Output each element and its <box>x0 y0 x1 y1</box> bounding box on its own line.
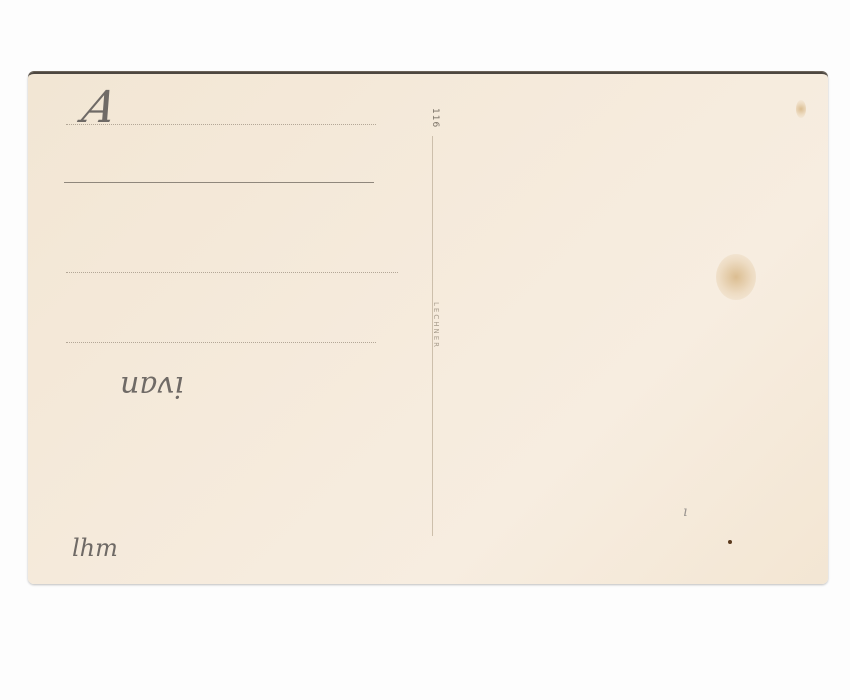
address-solid-line <box>64 182 374 183</box>
address-dotted-line-1 <box>66 124 376 125</box>
card-number: 116 <box>430 108 440 128</box>
address-dotted-line-2 <box>66 272 398 273</box>
small-stain <box>796 100 806 118</box>
handwritten-mark-bottom: lhm <box>72 534 118 562</box>
publisher-imprint: LECHNER <box>432 302 440 349</box>
handwritten-word: ivan <box>120 369 184 404</box>
postcard-back: 116 LECHNER A ivan lhm ı <box>28 72 828 584</box>
faint-pencil-mark: ı <box>683 504 687 520</box>
address-dotted-line-3 <box>66 342 376 343</box>
foxing-stain <box>716 254 756 300</box>
handwritten-mark-top: A <box>77 82 122 133</box>
ink-dot <box>728 540 732 544</box>
